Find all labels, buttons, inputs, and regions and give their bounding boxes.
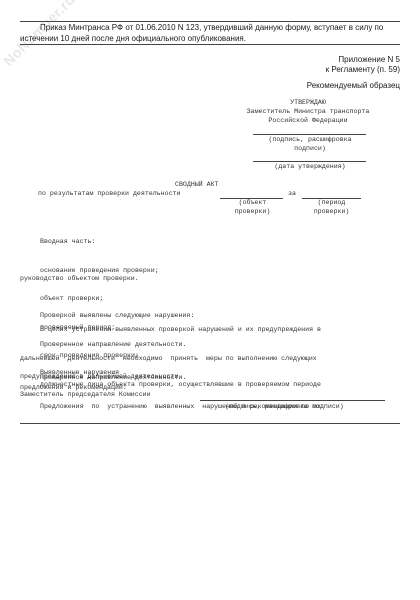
commission-signature-caption: (подпись, расшифровка подписи): [225, 403, 344, 410]
notice-bottom-rule: [20, 44, 400, 45]
signature-caption-line-2: подписи): [250, 145, 370, 152]
document-bottom-rule: [20, 423, 400, 424]
period-caption-line-2: проверки): [304, 208, 359, 215]
approver-signature-line[interactable]: [253, 134, 366, 135]
period-caption-line-1: (период: [304, 199, 359, 206]
approver-position-line-2: Российской Федерации: [240, 117, 376, 124]
recommended-sample-label: Рекомендуемый образец: [307, 81, 400, 90]
intro-item: основание проведения проверки;: [40, 266, 321, 276]
object-caption-line-1: (объект: [225, 199, 280, 206]
signature-caption-line-1: (подпись, расшифровка: [250, 136, 370, 143]
object-caption-line-2: проверки): [225, 208, 280, 215]
intro-heading: Вводная часть:: [40, 237, 321, 247]
notice-line-2: истечении 10 дней после дня официального…: [20, 33, 400, 44]
approve-heading: УТВЕРЖДАЮ: [240, 99, 376, 106]
recommendations-items: Проверенное направление деятельности. Пр…: [40, 354, 321, 421]
act-title: СВОДНЫЙ АКТ: [175, 181, 219, 188]
approver-position-line-1: Заместитель Министра транспорта: [230, 108, 386, 115]
effective-date-notice: Приказ Минтранса РФ от 01.06.2010 N 123,…: [20, 22, 400, 44]
recommendations-proposals-line-2: предупреждению в дальнейшей деятельности: [20, 373, 178, 380]
recommendations-line-1: В целях устранения выявленных проверкой …: [40, 326, 321, 333]
notice-line-1: Приказ Минтранса РФ от 01.06.2010 N 123,…: [20, 22, 400, 33]
approval-date-caption: (дата утверждения): [250, 163, 370, 170]
appendix-reference: к Регламенту (п. 59): [326, 65, 400, 74]
act-subtitle: по результатам проверки деятельности: [38, 190, 180, 197]
commission-deputy-chair-label: Заместитель председателя Комиссии: [20, 391, 151, 398]
for-word: за: [288, 190, 296, 197]
intro-officials-line-2: руководство объектом проверки.: [20, 275, 139, 282]
violations-heading: Проверкой выявлены следующие нарушения:: [40, 311, 194, 321]
approval-date-line[interactable]: [253, 161, 366, 162]
appendix-number: Приложение N 5: [338, 55, 400, 64]
commission-signature-line[interactable]: [200, 400, 385, 401]
